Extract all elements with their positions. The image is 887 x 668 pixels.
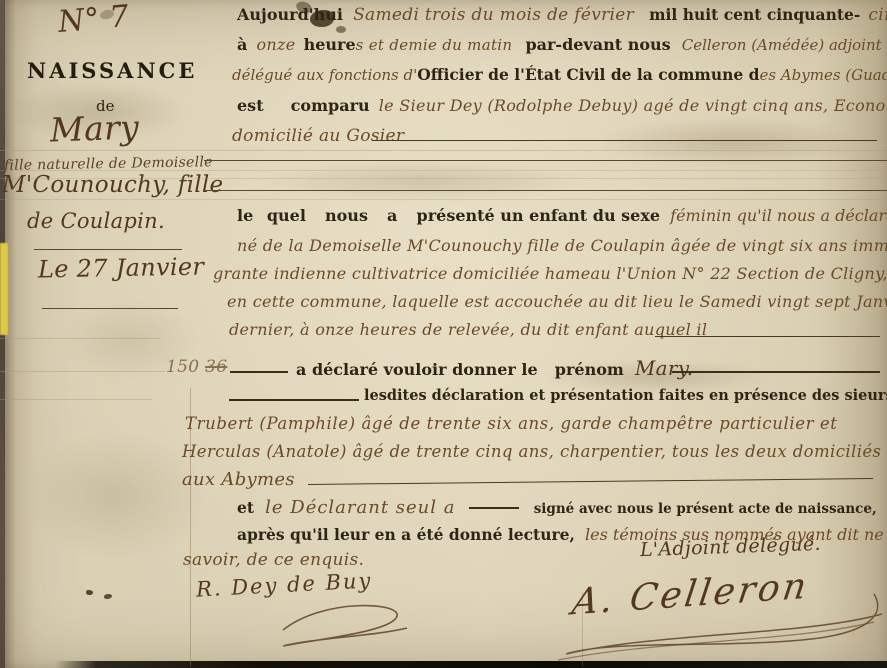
- signature-flourish: [552, 592, 887, 664]
- margin-date: Le 27 Janvier: [38, 255, 205, 283]
- printed-text: a déclaré vouloir donner le: [296, 360, 538, 379]
- rule-line: [34, 246, 182, 250]
- handwritten-text: cinq: [868, 5, 887, 25]
- faint-rule: [0, 170, 887, 171]
- folio-value: 150: [166, 357, 199, 377]
- rule-line: [372, 140, 877, 141]
- body-line-9: en cette commune, laquelle est accouchée…: [227, 294, 887, 311]
- rule-line: [42, 305, 178, 309]
- body-line-12: lesdites déclaration et présentation fai…: [364, 387, 887, 404]
- body-line-10: dernier, à onze heures de relevée, du di…: [229, 322, 707, 339]
- faint-rule: [0, 399, 152, 400]
- printed-text: présenté un enfant du sexe: [417, 206, 661, 225]
- body-line-1: Aujourd'hui Samedi trois du mois de févr…: [237, 7, 887, 25]
- handwritten-text: le Déclarant seul a: [265, 497, 455, 518]
- printed-text: comparu: [291, 96, 370, 115]
- folio-number: 150 36: [166, 359, 227, 377]
- handwritten-text: onze: [256, 35, 295, 54]
- body-line-11: a déclaré vouloir donner le prénom Mary.: [296, 358, 693, 379]
- handwritten-text: grante indienne cultivatrice domiciliée …: [213, 264, 887, 283]
- printed-text: Aujourd'hui: [237, 5, 343, 24]
- rule-line: [204, 157, 887, 161]
- printed-text: le quel: [237, 206, 306, 225]
- printed-text: prénom: [555, 360, 624, 379]
- handwritten-text: dernier, à onze heures de relevée, du di…: [229, 320, 707, 339]
- handwritten-text: le Sieur Dey (Rodolphe Debuy) agé de vin…: [379, 96, 887, 115]
- child-name-margin: Mary: [49, 110, 139, 148]
- body-line-2: à onze heures et demie du matin par-deva…: [237, 37, 887, 54]
- handwritten-text: Trubert (Pamphile) âgé de trente six ans…: [185, 414, 838, 433]
- rule-line: [308, 478, 873, 485]
- act-title: NAISSANCE: [27, 60, 197, 82]
- handwritten-text: es Abymes (Guadeloupe): [759, 66, 887, 84]
- printed-text: heure: [304, 35, 356, 54]
- handwritten-text: Mary.: [635, 356, 693, 380]
- body-line-6: le quel nous a présenté un enfant du sex…: [237, 208, 887, 225]
- handwritten-text: en cette commune, laquelle est accouchée…: [227, 292, 887, 311]
- handwritten-text: domicilié au Gosier: [232, 126, 404, 146]
- folio-struck-value: 36: [205, 357, 227, 377]
- body-line-16: et le Déclarant seul a signé avec nous l…: [237, 499, 877, 518]
- body-line-13: Trubert (Pamphile) âgé de trente six ans…: [185, 415, 838, 433]
- body-line-4: est comparu le Sieur Dey (Rodolphe Debuy…: [237, 98, 887, 115]
- body-line-3: délégué aux fonctions d'Officier de l'Ét…: [232, 67, 887, 84]
- rule-line: [204, 187, 887, 191]
- adjoint-title: L'Adjoint délégué.: [640, 535, 821, 561]
- handwritten-text: Samedi trois du mois de février: [353, 5, 634, 25]
- printed-text: mil huit cent cinquante-: [649, 5, 860, 24]
- body-line-7: né de la Demoiselle M'Counouchy fille de…: [237, 238, 887, 255]
- printed-text: est: [237, 96, 264, 115]
- printed-text: a: [387, 206, 397, 225]
- printed-text: après qu'il leur en a été donné lecture,: [237, 525, 575, 544]
- body-line-14: Herculas (Anatole) âgé de trente cinq an…: [182, 443, 881, 461]
- printed-text: signé avec nous le présent acte de naiss…: [534, 501, 877, 517]
- handwritten-text: féminin qu'il nous a déclaré être: [670, 206, 887, 225]
- handwritten-text: s et demie du matin: [356, 36, 513, 54]
- rule-line: [655, 336, 880, 337]
- rule-line: [230, 371, 288, 373]
- faint-rule: [0, 178, 887, 179]
- margin-filiation-2: M'Counouchy, fille: [2, 173, 223, 197]
- faint-rule: [0, 199, 887, 200]
- act-number: N° 7: [57, 1, 131, 39]
- printed-text: nous: [325, 206, 368, 225]
- rule-line: [469, 507, 519, 509]
- handwritten-text: délégué aux fonctions d': [232, 66, 417, 84]
- margin-filiation-3: de Coulapin.: [27, 210, 165, 232]
- faint-rule: [0, 338, 160, 339]
- ink-blot: [336, 26, 346, 33]
- handwritten-text: aux Abymes: [182, 469, 295, 490]
- printed-text: par-devant nous: [525, 35, 670, 54]
- printed-text: à: [237, 35, 247, 54]
- handwritten-text: Herculas (Anatole) âgé de trente cinq an…: [182, 442, 881, 461]
- printed-text: lesdites déclaration et présentation fai…: [364, 387, 887, 404]
- handwritten-text: né de la Demoiselle M'Counouchy fille de…: [237, 236, 887, 255]
- rule-line: [672, 371, 880, 373]
- body-line-8: grante indienne cultivatrice domiciliée …: [213, 266, 887, 283]
- printed-text: et: [237, 498, 254, 517]
- handwritten-text: Celleron (Amédée) adjoint au maire: [682, 36, 887, 54]
- body-line-15: aux Abymes: [182, 471, 295, 490]
- rule-line: [229, 399, 359, 401]
- body-line-18: savoir, de ce enquis.: [183, 552, 364, 570]
- bleedthrough-smudge: [260, 160, 590, 202]
- printed-text: Officier de l'État Civil de la commune d: [417, 65, 759, 84]
- handwritten-text: savoir, de ce enquis.: [183, 550, 364, 570]
- scanned-birth-certificate: N° 7 NAISSANCE de Mary fille naturelle d…: [0, 0, 887, 668]
- faint-rule: [0, 371, 165, 372]
- ink-speck: [86, 590, 93, 595]
- body-line-5: domicilié au Gosier: [232, 128, 404, 146]
- ink-speck: [104, 594, 112, 599]
- yellow-edge-mark: [0, 243, 8, 335]
- signature-flourish: [275, 596, 415, 652]
- faint-rule: [0, 150, 887, 151]
